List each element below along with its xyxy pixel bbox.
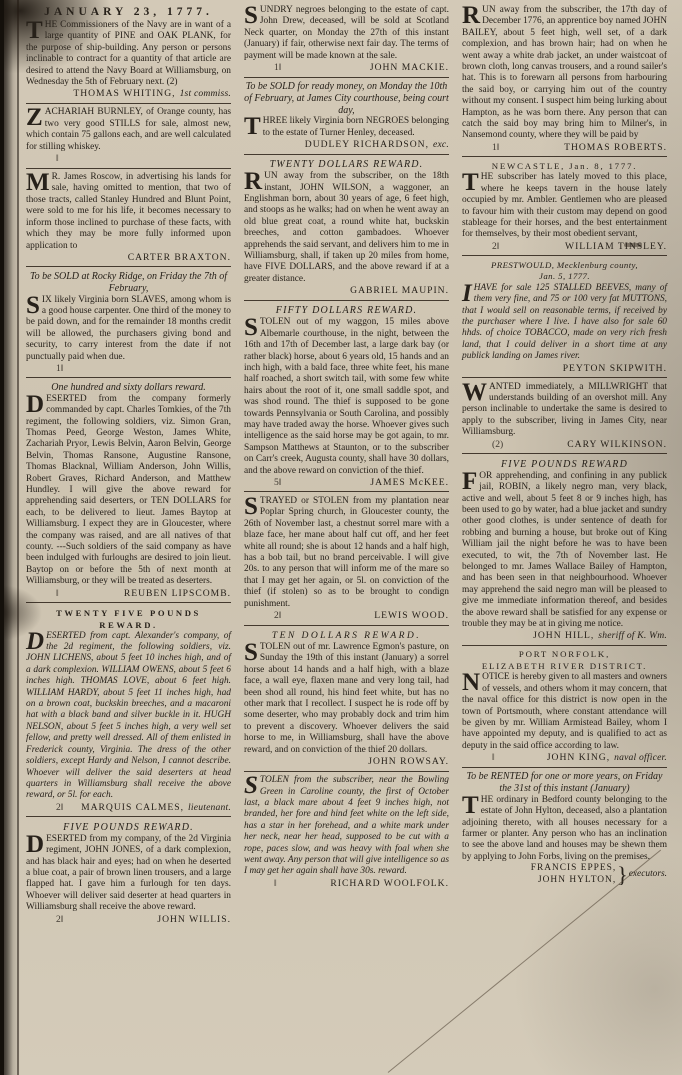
printers-mark: (2) <box>462 439 503 451</box>
section-divider <box>26 816 231 817</box>
printers-mark: ‖ <box>26 153 59 165</box>
section-divider <box>244 771 449 772</box>
ad-signature: 2‖JOHN WILLIS. <box>26 914 231 926</box>
signature-name: DUDLEY RICHARDSON, <box>305 139 429 151</box>
newspaper-ad: FIVE POUNDS REWARD.DESERTED from my comp… <box>26 821 231 926</box>
section-divider <box>462 255 667 256</box>
signature-name: JOHN ROWSAY. <box>368 756 449 768</box>
ad-body-text: DESERTED from the company formerly comma… <box>26 394 231 588</box>
newspaper-ad: RUN away from the subscriber, the 17th d… <box>462 5 667 154</box>
ad-signature: ‖REUBEN LIPSCOMB. <box>26 588 231 600</box>
signature-name: RICHARD WOOLFOLK. <box>330 878 449 890</box>
ad-body-text: STOLEN out of mr. Lawrence Egmon's pastu… <box>244 642 449 756</box>
signature-name: REUBEN LIPSCOMB. <box>124 588 231 600</box>
section-divider <box>244 625 449 626</box>
ad-signature: (2)CARY WILKINSON. <box>462 439 667 451</box>
newspaper-ad: PORT NORFOLK,ELIZABETH RIVER DISTRICT.NO… <box>462 649 667 764</box>
ad-heading: TWENTY FIVE POUNDS REWARD. <box>26 607 231 631</box>
signature-name: THOMAS ROBERTS. <box>564 142 667 154</box>
printers-mark: 5‖ <box>244 477 282 489</box>
signature-title: lieutenant. <box>188 802 231 814</box>
newspaper-ad: NEWCASTLE, Jan. 8, 1777.THE subscriber h… <box>462 161 667 253</box>
drop-cap: N <box>462 672 482 693</box>
drop-cap: S <box>26 295 42 316</box>
printers-mark: 2‖ <box>26 914 64 926</box>
executor-names: FRANCIS EPPES,JOHN HYLTON, <box>531 863 616 886</box>
newspaper-ad: JANUARY 23, 1777.THE Commissioners of th… <box>26 5 231 100</box>
section-divider <box>244 491 449 492</box>
ad-body-text: THE Commissioners of the Navy are in wan… <box>26 20 231 88</box>
ad-body-text: THE subscriber has lately moved to this … <box>462 172 667 240</box>
drop-cap: T <box>244 116 263 137</box>
printers-mark: ‖ <box>244 878 277 890</box>
newspaper-ad: WANTED immediately, a MILLWRIGHT that un… <box>462 382 667 451</box>
drop-cap: T <box>462 172 481 193</box>
section-divider <box>244 154 449 155</box>
ad-body-text: RUN away from the subscriber, on the 18t… <box>244 171 449 285</box>
printers-mark: ‖ <box>462 752 495 764</box>
drop-cap: D <box>26 631 46 652</box>
column-3: RUN away from the subscriber, the 17th d… <box>462 5 667 926</box>
ad-heading: To be RENTED for one or more years, on F… <box>462 771 667 795</box>
section-divider <box>26 266 231 267</box>
newspaper-ad: ZACHARIAH BURNLEY, of Orange county, has… <box>26 107 231 165</box>
signature-name: PEYTON SKIPWITH. <box>563 363 667 375</box>
newspaper-ad: TEN DOLLARS REWARD.STOLEN out of mr. Law… <box>244 629 449 768</box>
section-divider <box>462 453 667 454</box>
section-divider <box>26 168 231 169</box>
ad-body-text: DESERTED from capt. Alexander's company,… <box>26 631 231 802</box>
column-1: JANUARY 23, 1777.THE Commissioners of th… <box>26 5 231 926</box>
ad-signature: 2‖MARQUIS CALMES,lieutenant. <box>26 802 231 814</box>
drop-cap: S <box>244 496 260 517</box>
signature-name: JOHN WILLIS. <box>157 914 231 926</box>
newspaper-ad: To be SOLD at Rocky Ridge, on Friday the… <box>26 271 231 375</box>
ad-heading: FIVE POUNDS REWARD. <box>26 821 231 834</box>
ad-heading: One hundred and sixty dollars reward. <box>26 382 231 394</box>
ad-body-text: SUNDRY negroes belonging to the estate o… <box>244 5 449 62</box>
drop-cap: W <box>462 382 489 403</box>
ad-signature: JOHN ROWSAY. <box>244 756 449 768</box>
ad-body-text: STRAYED or STOLEN from my plantation nea… <box>244 496 449 610</box>
ad-heading: JANUARY 23, 1777. <box>26 5 231 20</box>
ad-body-text: THREE likely Virginia born NEGROES belon… <box>244 116 449 139</box>
drop-cap: S <box>244 5 260 26</box>
newspaper-ad: PRESTWOULD, Mecklenburg county,Jan. 5, 1… <box>462 260 667 375</box>
ad-signature: 5‖JAMES McKEE. <box>244 477 449 489</box>
drop-cap: I <box>462 283 474 304</box>
ad-heading: TWENTY DOLLARS REWARD. <box>244 158 449 171</box>
columns-container: JANUARY 23, 1777.THE Commissioners of th… <box>26 5 667 926</box>
newspaper-ad: One hundred and sixty dollars reward.DES… <box>26 382 231 600</box>
signature-name: JOHN KING, <box>547 752 610 764</box>
newspaper-ad: TWENTY DOLLARS REWARD.RUN away from the … <box>244 158 449 297</box>
ad-dateline: PORT NORFOLK, <box>462 649 667 661</box>
page-border-rule <box>17 0 19 1075</box>
section-divider <box>26 103 231 104</box>
ad-signature: PEYTON SKIPWITH. <box>462 363 667 375</box>
newspaper-page: JANUARY 23, 1777.THE Commissioners of th… <box>0 0 682 1075</box>
signature-name: JOHN HYLTON, <box>531 875 616 887</box>
ad-signature: GABRIEL MAUPIN. <box>244 285 449 297</box>
drop-cap: S <box>244 317 260 338</box>
section-divider <box>244 300 449 301</box>
ad-body-text: MR. James Roscow, in advertising his lan… <box>26 172 231 252</box>
signature-title: naval officer. <box>614 752 667 764</box>
printers-mark: 2‖ <box>462 241 500 253</box>
signature-name: WILLIAM TINSLEY. <box>565 241 667 253</box>
ad-dateline: ELIZABETH RIVER DISTRICT. <box>462 661 667 673</box>
ad-body-text: DESERTED from my company, of the 2d Virg… <box>26 834 231 914</box>
printers-mark: 2‖ <box>244 610 282 622</box>
drop-cap: T <box>26 20 45 41</box>
newspaper-ad: SUNDRY negroes belonging to the estate o… <box>244 5 449 74</box>
signature-name: THOMAS WHITING, <box>73 88 175 100</box>
newspaper-ad: STOLEN from the subscriber, near the Bow… <box>244 775 449 890</box>
ad-heading: TEN DOLLARS REWARD. <box>244 629 449 642</box>
signature-name: FRANCIS EPPES, <box>531 863 616 875</box>
signature-title: exc. <box>433 139 449 151</box>
printers-mark: 1‖ <box>462 142 500 154</box>
ad-signature: CARTER BRAXTON. <box>26 252 231 264</box>
ad-body-text: STOLEN out of my waggon, 15 miles above … <box>244 317 449 477</box>
printers-mark: 1‖ <box>26 363 64 375</box>
signature-name: CARTER BRAXTON. <box>128 252 231 264</box>
section-divider <box>462 645 667 646</box>
ad-signature: 1‖JOHN MACKIE. <box>244 62 449 74</box>
section-divider <box>462 377 667 378</box>
ad-signature: 1‖ <box>26 363 231 375</box>
newspaper-ad: To be SOLD for ready money, on Monday th… <box>244 81 449 151</box>
signature-name: JOHN HILL, <box>533 630 594 642</box>
ad-heading: FIFTY DOLLARS REWARD. <box>244 304 449 317</box>
ad-body-text: THE ordinary in Bedford county belonging… <box>462 795 667 863</box>
ad-body-text: NOTICE is hereby given to all masters an… <box>462 672 667 752</box>
ad-signature: ‖JOHN KING,naval officer. <box>462 752 667 764</box>
drop-cap: D <box>26 834 46 855</box>
ad-signature: ‖ <box>26 153 231 165</box>
ad-body-text: FOR apprehending, and confining in any p… <box>462 471 667 631</box>
section-divider <box>462 767 667 768</box>
drop-cap: D <box>26 394 46 415</box>
ad-signature: JOHN HILL,sheriff of K. Wm. <box>462 630 667 642</box>
ad-body-text: WANTED immediately, a MILLWRIGHT that un… <box>462 382 667 439</box>
ad-body-text: IHAVE for sale 125 STALLED BEEVES, many … <box>462 283 667 363</box>
drop-cap: S <box>244 642 260 663</box>
ad-body-text: ZACHARIAH BURNLEY, of Orange county, has… <box>26 107 231 153</box>
section-divider <box>462 156 667 157</box>
ad-signature: 2‖WILLIAM TINSLEY. <box>462 241 667 253</box>
signature-title: 1st commiss. <box>180 88 231 100</box>
drop-cap: F <box>462 471 479 492</box>
section-divider <box>244 77 449 78</box>
ad-heading: To be SOLD for ready money, on Monday th… <box>244 81 449 116</box>
printers-mark: 1‖ <box>244 62 282 74</box>
ad-body-text: STOLEN from the subscriber, near the Bow… <box>244 775 449 878</box>
newspaper-ad: MR. James Roscow, in advertising his lan… <box>26 172 231 264</box>
drop-cap: T <box>462 795 481 816</box>
ad-dateline: Jan. 5, 1777. <box>462 271 667 283</box>
signature-name: JAMES McKEE. <box>370 477 449 489</box>
ad-heading: To be SOLD at Rocky Ridge, on Friday the… <box>26 271 231 295</box>
drop-cap: Z <box>26 107 45 128</box>
ad-heading: FIVE POUNDS REWARD <box>462 458 667 471</box>
drop-cap: M <box>26 172 52 193</box>
binding-shadow <box>0 0 4 1075</box>
printers-mark: ‖ <box>26 588 59 600</box>
ad-signature: ‖RICHARD WOOLFOLK. <box>244 878 449 890</box>
ad-signature: 2‖LEWIS WOOD. <box>244 610 449 622</box>
ad-dateline: NEWCASTLE, Jan. 8, 1777. <box>462 161 667 173</box>
drop-cap: S <box>244 775 260 796</box>
ad-body-text: RUN away from the subscriber, the 17th d… <box>462 5 667 142</box>
signature-name: CARY WILKINSON. <box>567 439 667 451</box>
signature-name: LEWIS WOOD. <box>374 610 449 622</box>
newspaper-ad: FIFTY DOLLARS REWARD.STOLEN out of my wa… <box>244 304 449 489</box>
ad-signature: THOMAS WHITING,1st commiss. <box>26 88 231 100</box>
ad-signature: 1‖THOMAS ROBERTS. <box>462 142 667 154</box>
signature-name: MARQUIS CALMES, <box>81 802 184 814</box>
drop-cap: R <box>244 171 264 192</box>
drop-cap: R <box>462 5 482 26</box>
newspaper-ad: STRAYED or STOLEN from my plantation nea… <box>244 496 449 622</box>
newspaper-ad: FIVE POUNDS REWARDFOR apprehending, and … <box>462 458 667 643</box>
signature-title: sheriff of K. Wm. <box>598 630 667 642</box>
column-2: SUNDRY negroes belonging to the estate o… <box>244 5 449 926</box>
signature-name: JOHN MACKIE. <box>370 62 449 74</box>
ad-dateline: PRESTWOULD, Mecklenburg county, <box>462 260 667 272</box>
signature-name: GABRIEL MAUPIN. <box>350 285 449 297</box>
executors-signature: FRANCIS EPPES,JOHN HYLTON,}executors. <box>462 863 667 886</box>
section-divider <box>26 377 231 378</box>
ad-body-text: SIX likely Virginia born SLAVES, among w… <box>26 295 231 363</box>
ad-signature: DUDLEY RICHARDSON,exc. <box>244 139 449 151</box>
newspaper-ad: TWENTY FIVE POUNDS REWARD.DESERTED from … <box>26 607 231 814</box>
printers-mark: 2‖ <box>26 802 64 814</box>
section-divider <box>26 602 231 603</box>
